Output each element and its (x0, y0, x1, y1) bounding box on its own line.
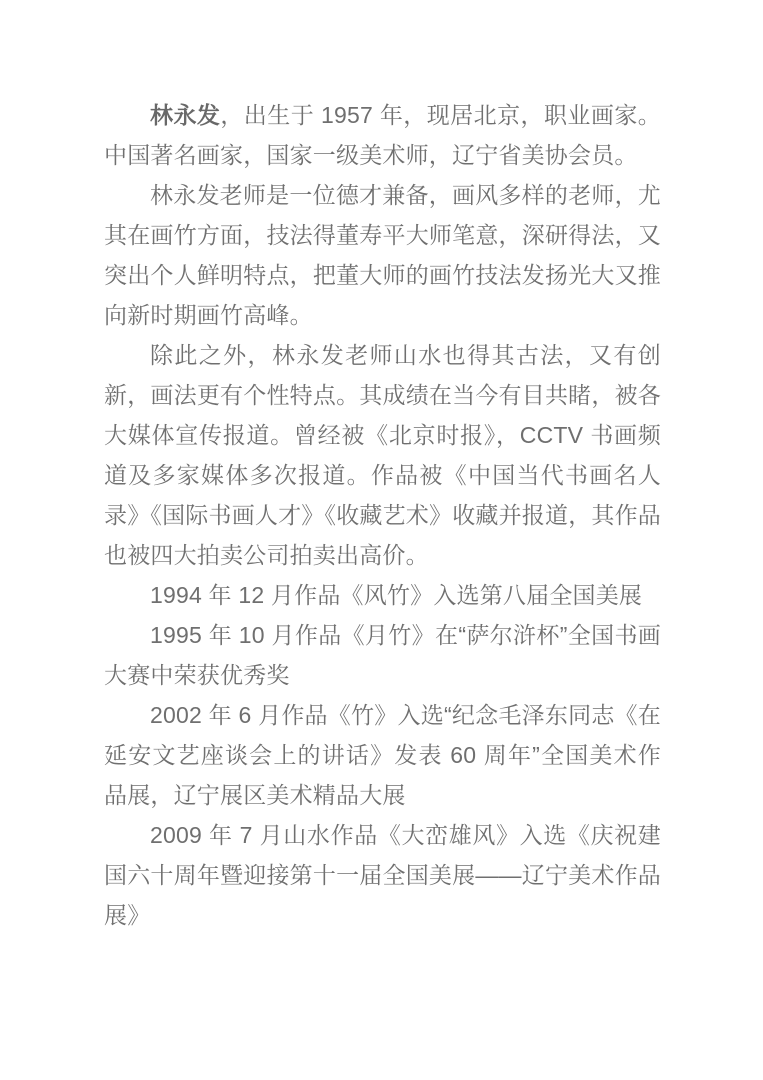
paragraph: 除此之外，林永发老师山水也得其古法，又有创新，画法更有个性特点。其成绩在当今有目… (104, 335, 661, 575)
artist-name: 林永发 (150, 102, 220, 128)
paragraph: 2002 年 6 月作品《竹》入选“纪念毛泽东同志《在延安文艺座谈会上的讲话》发… (104, 695, 661, 815)
paragraph: 1994 年 12 月作品《风竹》入选第八届全国美展 (104, 575, 661, 615)
document-page: 林永发，出生于 1957 年，现居北京，职业画家。中国著名画家，国家一级美术师，… (0, 0, 763, 1080)
paragraph: 林永发，出生于 1957 年，现居北京，职业画家。中国著名画家，国家一级美术师，… (104, 95, 661, 175)
article-body: 林永发，出生于 1957 年，现居北京，职业画家。中国著名画家，国家一级美术师，… (104, 95, 661, 935)
paragraph: 林永发老师是一位德才兼备，画风多样的老师，尤其在画竹方面，技法得董寿平大师笔意，… (104, 175, 661, 335)
paragraph: 2009 年 7 月山水作品《大峦雄风》入选《庆祝建国六十周年暨迎接第十一届全国… (104, 815, 661, 935)
paragraph: 1995 年 10 月作品《月竹》在“萨尔浒杯”全国书画大赛中荣获优秀奖 (104, 615, 661, 695)
